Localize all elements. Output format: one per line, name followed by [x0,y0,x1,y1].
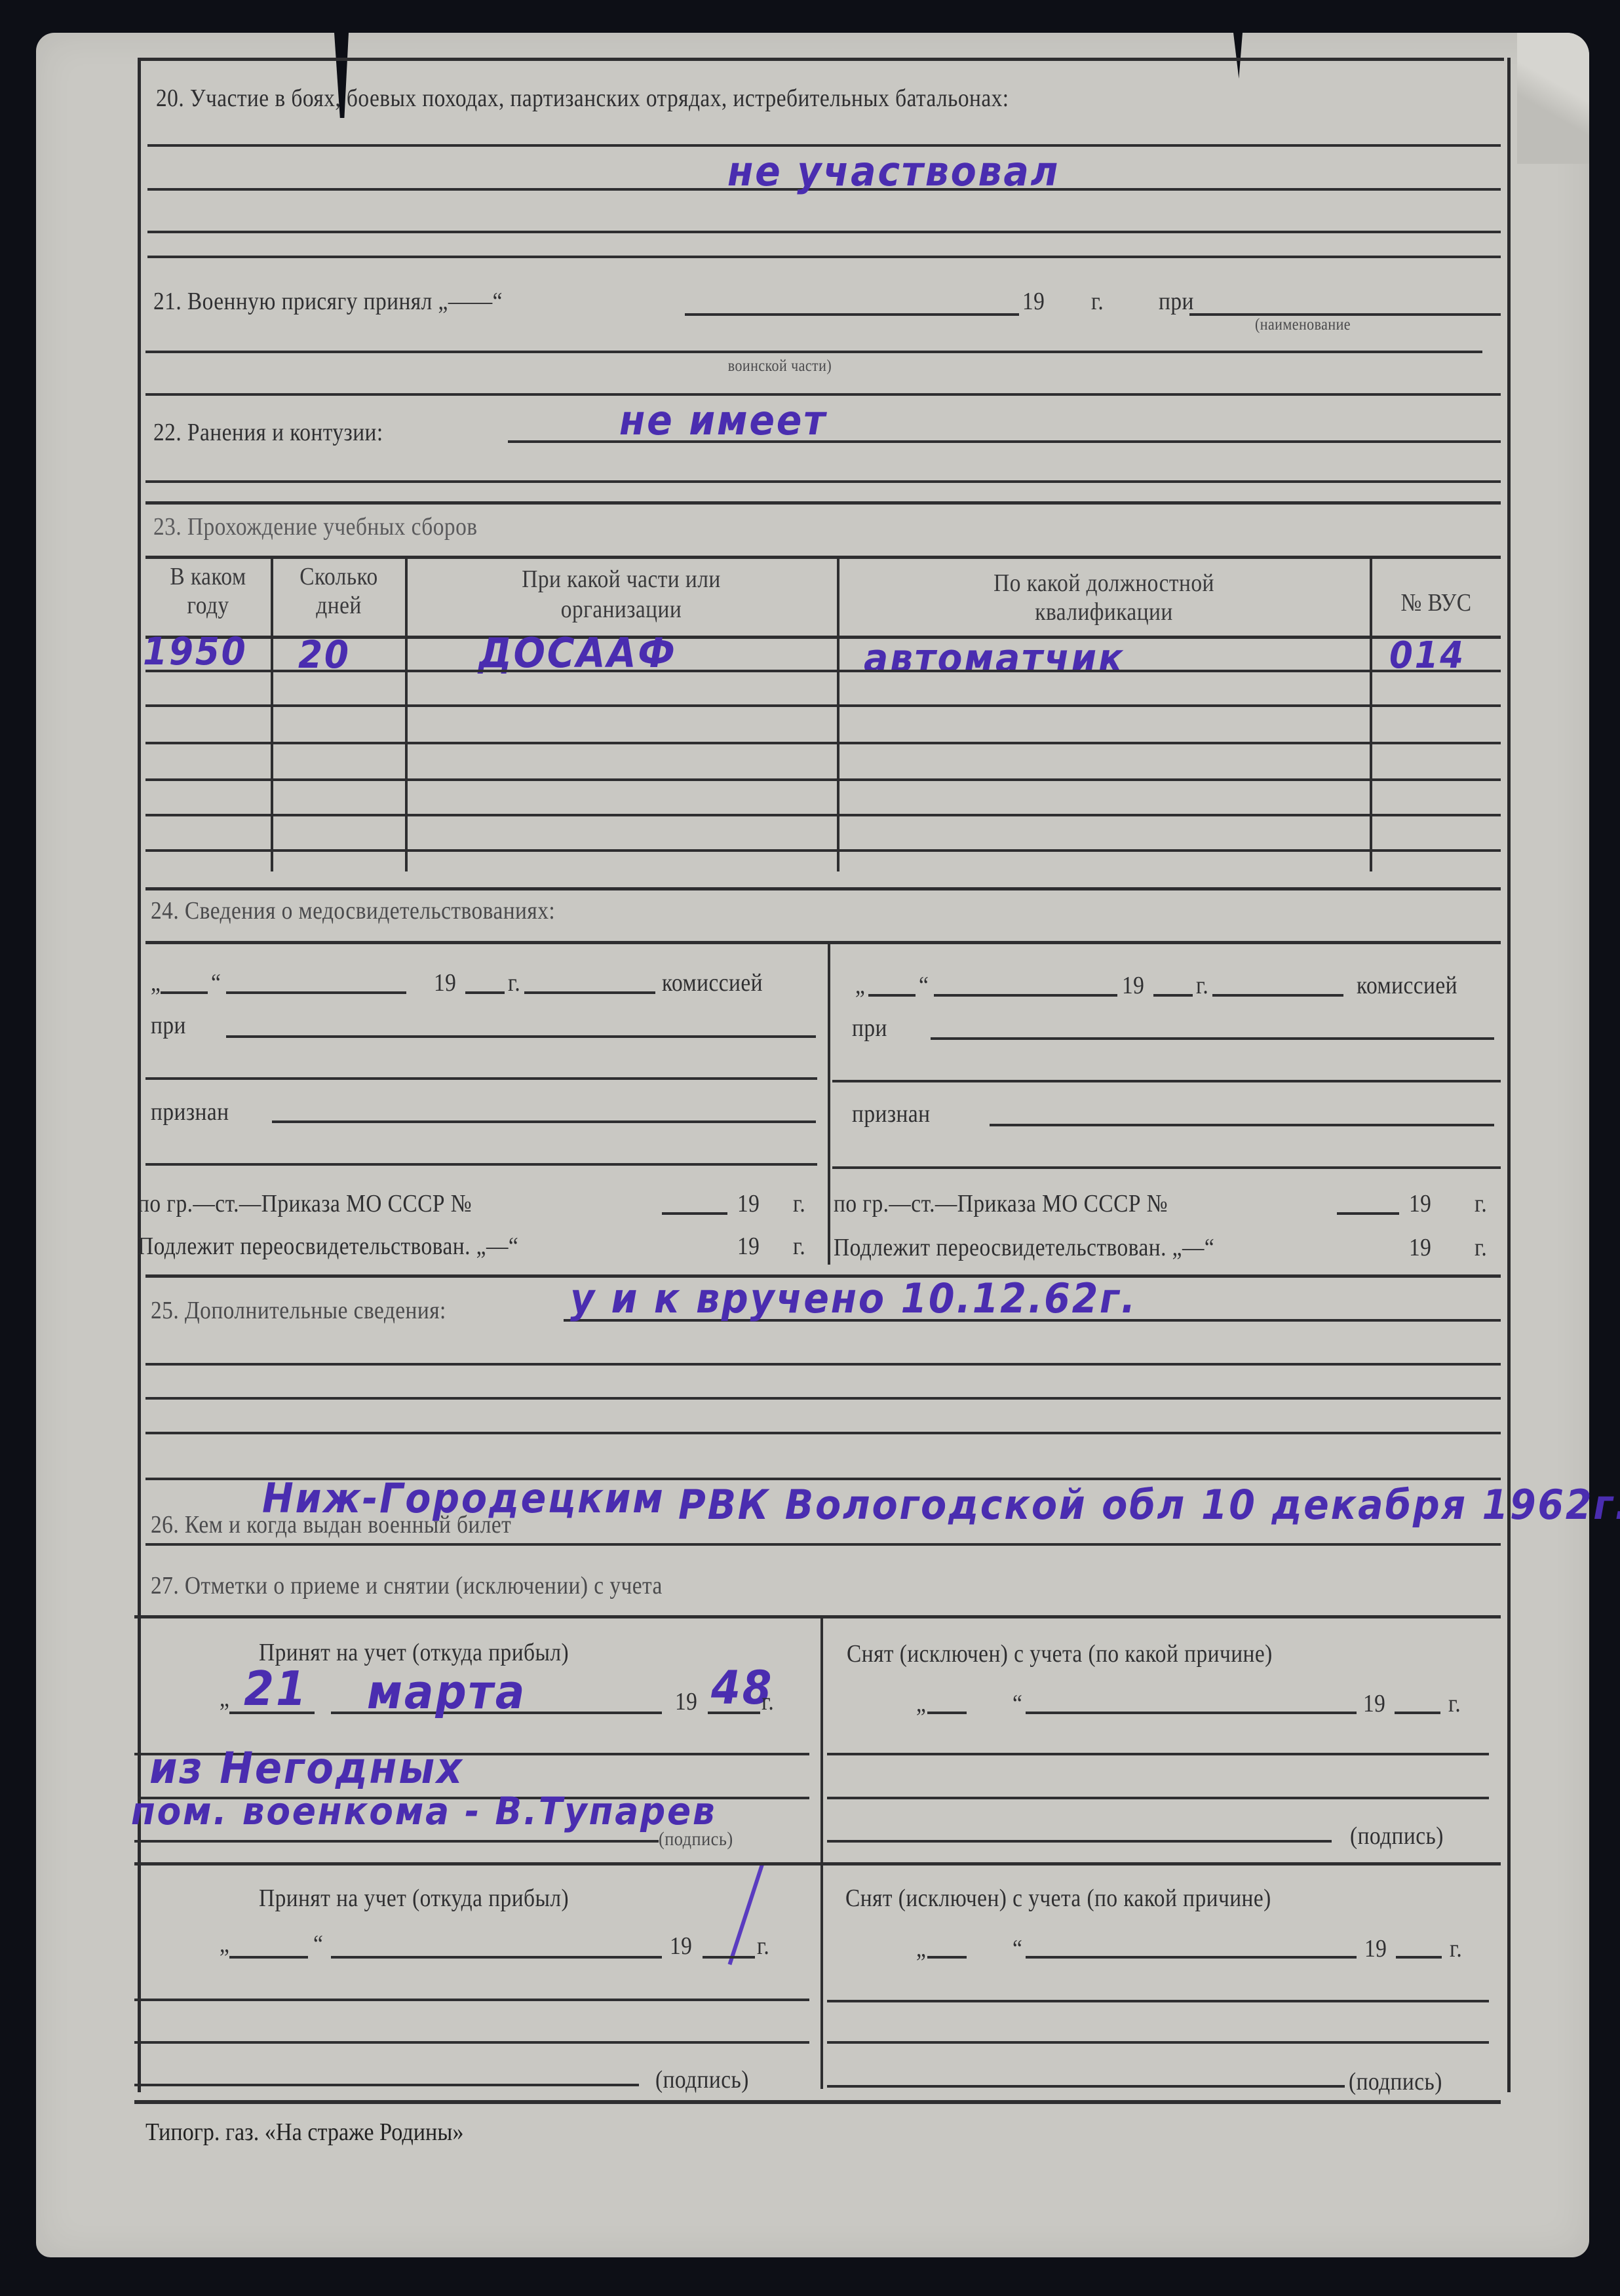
s27-removed-header-1: Снят (исключен) с учета (по какой причин… [847,1639,1273,1668]
s27-left1-year-suffix: г. [762,1687,774,1716]
s23-table-bottom [145,887,1501,890]
s24-left-month-line [226,991,406,994]
section-26-label: 26. Кем и когда выдан военный билет [151,1510,511,1539]
s21-line-2 [145,351,1482,353]
s27-header-line [134,1615,1501,1618]
s24-left-reexam: Подлежит переосвидетельствован. „—“ [138,1232,518,1261]
s27-left2-day-line [229,1956,308,1959]
s27-right2-date-close: “ [1013,1934,1022,1963]
s24-left-day-line [161,991,208,994]
s24-column-divider [828,944,830,1265]
s27-left2-line-3 [134,2041,809,2044]
s27-left2-year-line [703,1956,755,1959]
s23-row-line-3 [145,742,1501,744]
s23-row-line-1 [145,670,1501,672]
s23-col-year-header-2: году [155,591,261,620]
s27-left2-date-close: “ [313,1930,323,1959]
s27-right2-month-line [1026,1956,1357,1959]
s24-left-commission: комиссией [662,968,763,997]
s24-right-found-line [990,1124,1494,1126]
s27-right2-signature: (подпись) [1349,2067,1442,2096]
s23-col-days-header-2: дней [282,591,396,620]
s24-right-month-line [934,994,1117,997]
s24-left-order-no-line [662,1212,727,1215]
s27-right2-year-suffix: г. [1450,1934,1462,1963]
s24-left-at-line [226,1035,816,1038]
s24-right-line-5 [832,1166,1501,1169]
s24-right-commission: комиссией [1357,971,1457,1000]
s25-line-2 [145,1363,1501,1366]
s24-left-year-suffix: г. [508,968,520,997]
s27-left1-date-open: „ [220,1684,229,1713]
s24-left-date-close: “ [211,968,221,997]
s24-right-order: по гр.—ст.—Приказа МО СССР № [834,1189,1168,1218]
s27-right1-year-suffix: г. [1448,1689,1461,1718]
s21-at-label: при [1159,287,1194,316]
s23-col-qual-header-1: По какой должностной [872,569,1336,598]
s23-col-year-header-1: В каком [155,562,261,591]
s27-right2-year-line [1396,1956,1442,1959]
section-24-label: 24. Сведения о медосвидетельствованиях: [151,896,555,925]
s23-col-qual-header-2: квалификации [872,598,1336,626]
s27-right1-date-open: „ [916,1689,926,1718]
s27-right1-day-line [927,1712,967,1714]
s25-handwritten-answer: у и к вручено 10.12.62г. [570,1274,1137,1322]
s24-left-found-line [272,1120,816,1123]
s24-left-order-year-suffix: г. [793,1189,805,1218]
s27-left2-signature: (подпись) [655,2065,749,2094]
s23-row-line-4 [145,778,1501,781]
s21-hint-bottom: воинской части) [728,357,832,375]
s24-right-date-close: “ [919,971,929,1000]
s27-right2-line-3 [827,2041,1489,2044]
s25-line-3 [145,1397,1501,1400]
s27-entry1-day: 21 [244,1661,308,1716]
s27-left1-year-prefix: 19 [675,1687,697,1716]
section-21-label: 21. Военную присягу принял „——“ [153,287,503,316]
s24-right-line-3 [832,1080,1501,1082]
printer-imprint: Типогр. газ. «На страже Родины» [145,2118,463,2147]
s24-left-at: при [151,1011,186,1040]
s20-line-1 [147,144,1501,147]
s27-accepted-header-2: Принят на учет (откуда прибыл) [259,1884,569,1913]
s24-right-order-year-prefix: 19 [1409,1189,1431,1218]
s27-right2-day-line [927,1956,967,1959]
s27-right2-line-2 [827,2000,1489,2002]
section-23-label: 23. Прохождение учебных сборов [153,512,477,541]
section-25-label: 25. Дополнительные сведения: [151,1296,446,1325]
s27-right1-sign-line [827,1840,1332,1843]
s23-col-unit-header-1: При какой части или [433,565,809,594]
section-27-label: 27. Отметки о приеме и снятии (исключени… [151,1571,663,1600]
s24-right-at-line [931,1037,1494,1040]
s23-col-sep-3 [837,557,839,871]
s23-row-line-6 [145,849,1501,852]
s27-left2-line-2 [134,1999,809,2001]
s24-left-reexam-year-suffix: г. [793,1232,805,1261]
s27-right1-line-2 [827,1753,1489,1755]
s24-left-reexam-year-prefix: 19 [737,1232,760,1261]
s24-left-line-3 [145,1077,817,1080]
top-rule [141,58,1504,61]
s23-row1-year: 1950 [143,629,248,674]
s24-right-commission-line [1212,994,1343,997]
s23-header-top [145,556,1501,559]
s24-left-found: признан [151,1098,229,1126]
s24-right-order-year-suffix: г. [1475,1189,1487,1218]
s26-handwritten-line2: РВК Вологодской обл 10 декабря 1962г. [678,1481,1620,1529]
s21-year-suffix: г. [1091,287,1104,316]
s24-left-date-open: „ [151,968,161,997]
s27-left2-year-prefix: 19 [670,1932,692,1961]
s24-left-year-line [465,991,505,994]
s24-right-year-prefix: 19 [1122,971,1144,1000]
s23-row1-qualification: автоматчик [864,636,1125,681]
s24-top-line [145,941,1501,944]
s27-right1-date-close: “ [1013,1689,1022,1718]
s27-removed-header-2: Снят (исключен) с учета (по какой причин… [845,1884,1271,1913]
s24-right-date-open: „ [855,971,865,1000]
folded-corner [1517,33,1589,164]
s24-right-reexam: Подлежит переосвидетельствован. „—“ [834,1233,1214,1262]
s24-left-year-prefix: 19 [434,968,456,997]
s23-row-line-2 [145,704,1501,707]
s27-right1-year-line [1395,1712,1440,1714]
s23-col-sep-4 [1370,557,1372,871]
s24-right-at: при [852,1014,887,1043]
s21-date-line [685,313,1019,316]
s27-right1-year-prefix: 19 [1363,1689,1385,1718]
s24-right-day-line [868,994,916,997]
s24-left-order-year-prefix: 19 [737,1189,760,1218]
s27-entry1-signed-by: пом. военкома - В.Тупарев [131,1789,716,1833]
s27-right2-date-open: „ [916,1934,926,1963]
s24-right-year-line [1153,994,1193,997]
s23-col-days-header-1: Сколько [282,562,396,591]
s23-col-vus-header: № ВУС [1380,588,1493,617]
s24-right-year-suffix: г. [1196,971,1208,1000]
s27-left2-year-suffix: г. [757,1932,769,1961]
s24-right-reexam-year-suffix: г. [1475,1233,1487,1262]
s24-right-reexam-year-prefix: 19 [1409,1233,1431,1262]
s22-line-2 [145,480,1501,483]
s20-line-4 [147,256,1501,258]
s27-right1-signature: (подпись) [1350,1822,1444,1850]
s27-left1-signature: (подпись) [659,1828,733,1850]
s27-left2-date-open: „ [220,1930,229,1959]
s27-right1-month-line [1026,1712,1357,1714]
s20-line-3 [147,231,1501,233]
s27-right1-line-3 [827,1797,1489,1799]
s27-right2-year-prefix: 19 [1364,1934,1387,1963]
s27-entry1-month: марта [367,1664,526,1719]
s21-year-prefix: 19 [1022,287,1045,316]
form-bottom-rule [134,2100,1501,2104]
s27-left2-sign-line [134,2084,639,2086]
s23-row-line-5 [145,814,1501,816]
s27-entry1-from: из Негодных [149,1743,464,1793]
s24-left-commission-line [524,991,655,994]
s27-middle-line [134,1862,1501,1865]
section-20-label: 20. Участие в боях, боевых походах, парт… [156,84,1009,113]
s21-hint-top: (наименование [1255,316,1351,334]
section-22-label: 22. Ранения и контузии: [153,418,383,447]
s23-col-unit-header-2: организации [433,595,809,624]
s22-line-3 [145,501,1501,505]
s27-column-divider [820,1617,823,2089]
s24-left-order: по гр.—ст.—Приказа МО СССР № [138,1189,472,1218]
s20-handwritten-answer: не участвовал [727,147,1060,195]
s21-line-3 [145,393,1501,396]
s23-col-sep-1 [271,557,273,871]
s23-col-sep-2 [405,557,408,871]
s27-right2-sign-line [827,2085,1345,2088]
s27-left2-month-line [331,1956,662,1959]
s24-right-found: признан [852,1100,930,1128]
s26-line [145,1543,1501,1546]
s25-line-4 [145,1432,1501,1434]
s27-left1-sign-line [134,1840,659,1843]
s22-handwritten-answer: не имеет [619,396,827,444]
s24-left-line-5 [145,1163,817,1166]
s24-right-order-no-line [1337,1212,1399,1215]
